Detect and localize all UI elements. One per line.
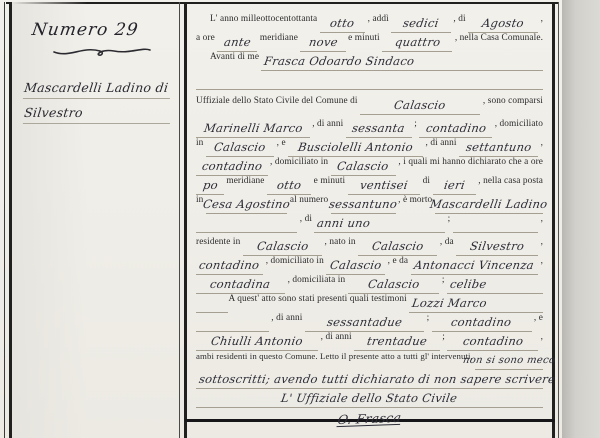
- printed-text: , di anni: [318, 332, 354, 342]
- fill-blank: contadino: [432, 316, 532, 332]
- fill-blank: Busciolelli Antonio: [288, 141, 423, 157]
- printed-text: , e da: [385, 256, 410, 266]
- printed-text: ,: [538, 138, 543, 148]
- handwritten-entry: celibe: [446, 278, 491, 291]
- printed-text: , addì: [365, 14, 391, 24]
- line-year: L' anno milleottocentottanta otto , addì…: [196, 14, 543, 33]
- printed-text: ;: [440, 332, 448, 342]
- handwritten-entry: Chiulli Antonio: [207, 335, 307, 348]
- handwritten-entry: Calascio: [253, 240, 313, 253]
- handwritten-entry: Calascio: [390, 99, 450, 112]
- printed-text: , domiciliato: [492, 119, 543, 129]
- handwritten-entry: Antonacci Vincenza: [410, 259, 538, 272]
- fill-blank: otto: [320, 17, 366, 33]
- fill-blank: O. Frasca: [196, 412, 543, 427]
- printed-text: e minuti: [346, 33, 382, 43]
- line-witness-2: Chiulli Antonio , di anni trentadue ; co…: [196, 332, 543, 351]
- record-number: Numero 29: [23, 20, 140, 40]
- handwritten-entry: trentadue: [363, 335, 431, 348]
- fill-blank: sessantuno: [331, 198, 396, 214]
- fill-blank: ante: [217, 36, 257, 52]
- printed-text: , da: [437, 237, 456, 247]
- printed-text: ,: [538, 256, 543, 266]
- fill-blank: [196, 74, 543, 90]
- margin-divider-outer: [179, 2, 180, 438]
- handwritten-entry: L' Uffiziale dello Stato Civile: [277, 392, 461, 405]
- printed-text: meridiane: [224, 176, 267, 186]
- fill-blank: anni uno: [314, 217, 445, 233]
- printed-text: A quest' atto sono stati presenti quali …: [228, 294, 409, 304]
- handwritten-entry: contadino: [447, 316, 515, 329]
- line-witness-intro: A quest' atto sono stati presenti quali …: [196, 294, 543, 313]
- printed-text: L' anno milleottocentottanta: [210, 14, 320, 24]
- handwritten-entry: contadino: [198, 160, 266, 173]
- line-blank: [196, 71, 543, 90]
- margin-deceased-name: Mascardelli Ladino di Silvestro: [24, 80, 171, 124]
- fill-blank: trentadue: [354, 335, 440, 351]
- handwritten-entry: ventisei: [356, 179, 412, 192]
- printed-text: al numero: [287, 195, 330, 205]
- fill-blank: celibe: [447, 278, 543, 294]
- printed-text: meridiane: [257, 33, 300, 43]
- line-signature: O. Frasca: [196, 408, 543, 427]
- handwritten-entry: contadino: [195, 259, 263, 272]
- flourish-ornament: [52, 44, 152, 58]
- fill-blank: Silvestro: [456, 240, 538, 256]
- fill-blank: Calascio: [360, 99, 480, 115]
- handwritten-entry: Silvestro: [466, 240, 528, 253]
- printed-text: , di: [297, 214, 314, 224]
- handwritten-entry: quattro: [391, 36, 444, 49]
- handwritten-entry: otto: [326, 17, 358, 30]
- line-declarant-2b: contadino , domiciliato in Calascio , i …: [196, 157, 543, 176]
- line-officer-title: L' Uffiziale dello Stato Civile: [196, 389, 543, 408]
- printed-text: ,: [538, 237, 543, 247]
- line-official-name: Avanti di me Frasca Odoardo Sindaco: [196, 52, 543, 71]
- printed-text: , domiciliato in: [268, 157, 331, 167]
- handwritten-entry: Calascio: [333, 160, 393, 173]
- deceased-name-line1: Mascardelli Ladino di: [23, 80, 172, 99]
- form-body: L' anno milleottocentottanta otto , addì…: [186, 2, 552, 420]
- fill-blank: Chiulli Antonio: [196, 335, 318, 351]
- fill-blank: Mascardelli Ladino: [435, 198, 543, 214]
- printed-text: ,: [538, 214, 543, 224]
- fill-blank: Calascio: [331, 160, 396, 176]
- printed-text: ;: [424, 313, 432, 323]
- handwritten-entry: Mascardelli Ladino: [426, 198, 552, 211]
- printed-text: ;: [445, 214, 453, 224]
- scanned-death-record: Numero 29 Mascardelli Ladino di Silvestr…: [0, 0, 600, 438]
- printed-text: , di anni: [423, 138, 459, 148]
- fill-blank: contadino: [196, 160, 268, 176]
- line-witness-1: , di anni sessantadue ; contadino , e: [196, 313, 543, 332]
- printed-text: ;: [412, 119, 420, 129]
- fill-blank: sessanta: [346, 122, 412, 138]
- fill-blank: po: [196, 179, 224, 195]
- handwritten-entry: Agosto: [478, 17, 528, 30]
- fill-blank: ventisei: [348, 179, 421, 195]
- handwritten-entry: Lozzi Marco: [408, 297, 491, 310]
- fill-blank: non si sono meco: [475, 354, 543, 370]
- fill-blank: Calascio: [206, 141, 274, 157]
- fill-blank: [196, 297, 228, 313]
- fill-blank: sottoscritti; avendo tutti dichiarato di…: [196, 373, 543, 389]
- fill-blank: ieri: [433, 179, 476, 195]
- fill-blank: [196, 316, 269, 332]
- fill-blank: sessantadue: [305, 316, 424, 332]
- line-residence: residente in Calascio , nato in Calascio…: [196, 237, 543, 256]
- fill-blank: Calascio: [358, 240, 437, 256]
- line-comune: Uffiziale dello Stato Civile del Comune …: [196, 96, 543, 115]
- handwritten-entry: contadino: [459, 335, 527, 348]
- handwritten-entry: contadina: [206, 278, 274, 291]
- fill-blank: Lozzi Marco: [409, 297, 543, 313]
- fill-blank: [453, 217, 538, 233]
- printed-text: ambi residenti in questo Comune. Letto i…: [196, 351, 475, 361]
- handwritten-entry: ante: [220, 36, 255, 49]
- handwritten-entry: nove: [305, 36, 342, 49]
- fill-blank: Calascio: [348, 278, 440, 294]
- fill-blank: Calascio: [243, 240, 322, 256]
- printed-text: residente in: [196, 237, 243, 247]
- handwritten-entry: sessantadue: [323, 316, 406, 329]
- frame-rule-left-outer: [4, 2, 5, 438]
- handwritten-entry: Busciolelli Antonio: [294, 141, 417, 154]
- handwritten-entry: Calascio: [368, 240, 428, 253]
- printed-text: , domiciliato in: [263, 256, 326, 266]
- fill-blank: settantuno: [459, 141, 538, 157]
- fill-blank: sedici: [391, 17, 451, 33]
- line-closing-1: ambi residenti in questo Comune. Letto i…: [196, 351, 543, 370]
- handwritten-entry: non si sono meco: [459, 354, 559, 367]
- fill-blank: Marinelli Marco: [196, 122, 310, 138]
- printed-text: , nato in: [322, 237, 358, 247]
- printed-text: , di anni: [310, 119, 346, 129]
- handwritten-entry: settantuno: [462, 141, 536, 154]
- line-closing-2: sottoscritti; avendo tutti dichiarato di…: [196, 370, 543, 389]
- printed-text: , sono comparsi: [480, 96, 543, 106]
- printed-text: , nella Casa Comunale.: [452, 33, 543, 43]
- line-death-time: po meridiane otto e minuti ventisei di i…: [196, 176, 543, 195]
- fill-blank: L' Uffiziale dello Stato Civile: [196, 392, 543, 408]
- margin-column: Numero 29 Mascardelli Ladino di Silvestr…: [12, 2, 179, 438]
- fill-blank: Antonacci Vincenza: [411, 259, 539, 275]
- fill-blank: Agosto: [468, 17, 538, 33]
- handwritten-entry: sessanta: [348, 122, 409, 135]
- handwritten-entry: sessantuno: [325, 198, 401, 211]
- printed-text: Uffiziale dello Stato Civile del Comune …: [196, 96, 360, 106]
- printed-text: , nella casa posta: [476, 176, 543, 186]
- fill-blank: otto: [267, 179, 311, 195]
- page-edge-shadow: [562, 0, 600, 438]
- printed-text: ,: [538, 14, 543, 24]
- line-declarant-1: Marinelli Marco , di anni sessanta ; con…: [196, 119, 543, 138]
- line-declarant-2: in Calascio , e Busciolelli Antonio , di…: [196, 138, 543, 157]
- handwritten-entry: Calascio: [364, 278, 424, 291]
- fill-blank: Cesa Agostino: [206, 198, 288, 214]
- handwritten-entry: ieri: [440, 179, 469, 192]
- handwritten-entry: Frasca Odoardo Sindaco: [260, 55, 418, 68]
- fill-blank: Calascio: [326, 259, 385, 275]
- printed-text: Avanti di me: [210, 52, 261, 62]
- printed-text: e minuti: [311, 176, 347, 186]
- printed-text: , di anni: [269, 313, 305, 323]
- printed-text: , di: [451, 14, 468, 24]
- fill-blank: contadino: [447, 335, 538, 351]
- printed-text: ,: [538, 332, 543, 342]
- line-death-place: in Cesa Agostino al numero sessantuno , …: [196, 195, 543, 214]
- printed-text: a ore: [196, 33, 217, 43]
- line-father: contadino , domiciliato in Calascio , e …: [196, 256, 543, 275]
- printed-text: , domiciliata in: [285, 275, 347, 285]
- handwritten-entry: otto: [273, 179, 305, 192]
- handwritten-entry: Calascio: [210, 141, 270, 154]
- fill-blank: contadina: [196, 278, 285, 294]
- fill-blank: contadino: [196, 259, 263, 275]
- fill-blank: nove: [300, 36, 345, 52]
- printed-text: , i quali mi hanno dichiarato che a ore: [396, 157, 543, 167]
- line-act-time: a ore ante meridiane nove e minuti quatt…: [196, 33, 543, 52]
- handwritten-entry: sottoscritti; avendo tutti dichiarato di…: [195, 373, 559, 386]
- handwritten-entry: contadino: [422, 122, 490, 135]
- fill-blank: contadino: [419, 122, 492, 138]
- handwritten-entry: Marinelli Marco: [200, 122, 307, 135]
- handwritten-entry: Cesa Agostino: [199, 198, 294, 211]
- handwritten-entry: O. Frasca: [334, 411, 406, 426]
- line-age: , di anni uno ; ,: [196, 214, 543, 233]
- printed-text: , e: [274, 138, 288, 148]
- handwritten-entry: anni uno: [313, 217, 374, 230]
- printed-text: in: [196, 138, 206, 148]
- printed-text: di: [420, 176, 432, 186]
- printed-text: ;: [439, 275, 447, 285]
- line-mother: contadina , domiciliata in Calascio ; ce…: [196, 275, 543, 294]
- fill-blank: Frasca Odoardo Sindaco: [261, 55, 543, 71]
- fill-blank: [196, 217, 297, 233]
- fill-blank: quattro: [382, 36, 452, 52]
- handwritten-entry: Calascio: [326, 259, 386, 272]
- deceased-name-line2: Silvestro: [23, 105, 172, 124]
- printed-text: , e: [532, 313, 544, 323]
- handwritten-entry: sedici: [399, 17, 443, 30]
- handwritten-entry: po: [198, 179, 221, 192]
